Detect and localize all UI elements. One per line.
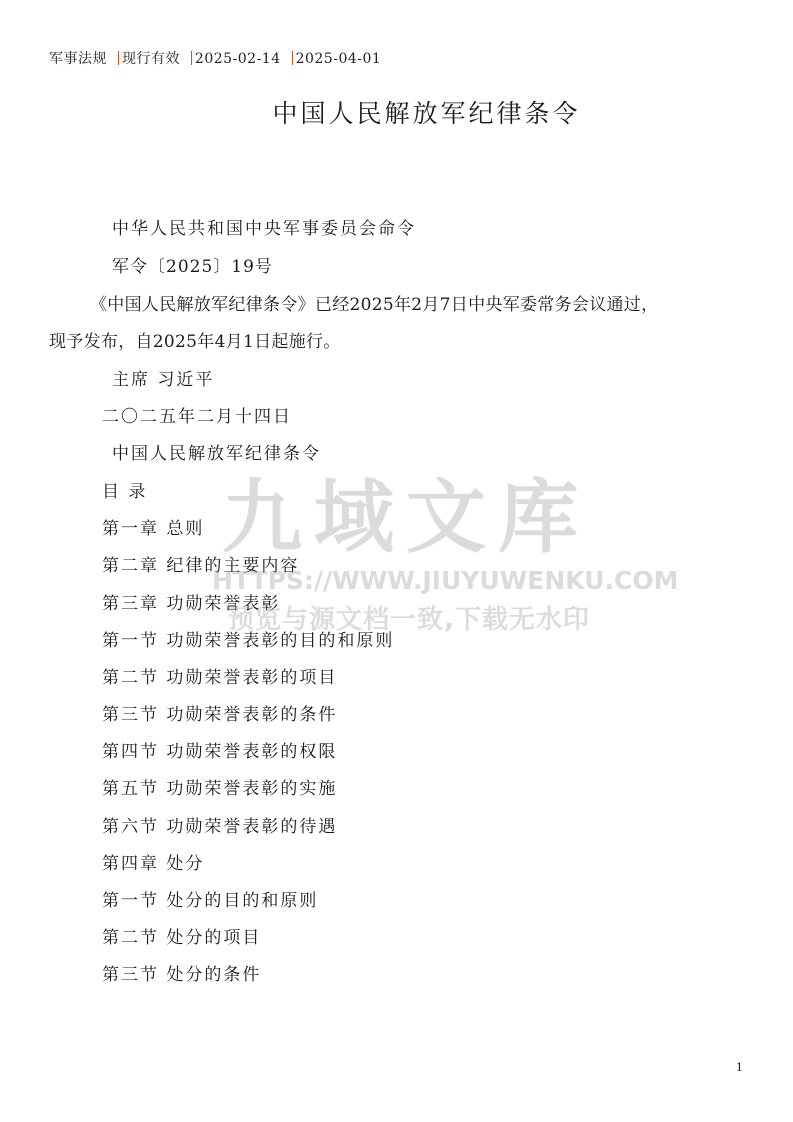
toc-item: 第三章 功勋荣誉表彰: [102, 592, 280, 616]
toc-item: 第一章 总则: [102, 517, 204, 541]
toc-item: 第二章 纪律的主要内容: [102, 554, 299, 578]
document-meta-bar: 军事法规 现行有效 2025-02-14 2025-04-01: [49, 49, 381, 69]
separator: [292, 51, 293, 65]
status-label: 现行有效: [122, 51, 180, 67]
signatory: 主席 习近平: [112, 368, 214, 392]
effective-date: 2025-04-01: [296, 51, 382, 67]
announcement-line-2: 现予发布，自2025年4月1日起施行。: [49, 330, 341, 354]
toc-item: 第五节 功勋荣誉表彰的实施: [102, 777, 337, 801]
toc-item: 第二节 处分的项目: [102, 926, 261, 950]
page-number: 1: [736, 1058, 743, 1076]
category-label: 军事法规: [49, 51, 107, 67]
separator: [191, 51, 192, 65]
watermark-logo: 九域文库: [222, 470, 590, 566]
order-number: 军令〔2025〕19号: [112, 255, 273, 279]
separator: [118, 51, 119, 65]
toc-item: 第四节 功勋荣誉表彰的权限: [102, 740, 337, 764]
toc-heading: 目 录: [102, 480, 147, 504]
toc-item: 第四章 处分: [102, 852, 204, 876]
toc-item: 第一节 功勋荣誉表彰的目的和原则: [102, 629, 394, 653]
sign-date: 二〇二五年二月十四日: [102, 405, 292, 429]
issuer-line: 中华人民共和国中央军事委员会命令: [112, 217, 416, 241]
announcement-line-1: 《中国人民解放军纪律条令》已经2025年2月7日中央军委常务会议通过，: [90, 293, 658, 317]
document-subtitle: 中国人民解放军纪律条令: [112, 442, 321, 466]
toc-item: 第三节 处分的条件: [102, 963, 261, 987]
toc-item: 第三节 功勋荣誉表彰的条件: [102, 703, 337, 727]
issue-date: 2025-02-14: [195, 51, 281, 67]
toc-item: 第一节 处分的目的和原则: [102, 889, 318, 913]
toc-item: 第六节 功勋荣誉表彰的待遇: [102, 815, 337, 839]
toc-item: 第二节 功勋荣誉表彰的项目: [102, 666, 337, 690]
document-title: 中国人民解放军纪律条令: [0, 96, 793, 132]
